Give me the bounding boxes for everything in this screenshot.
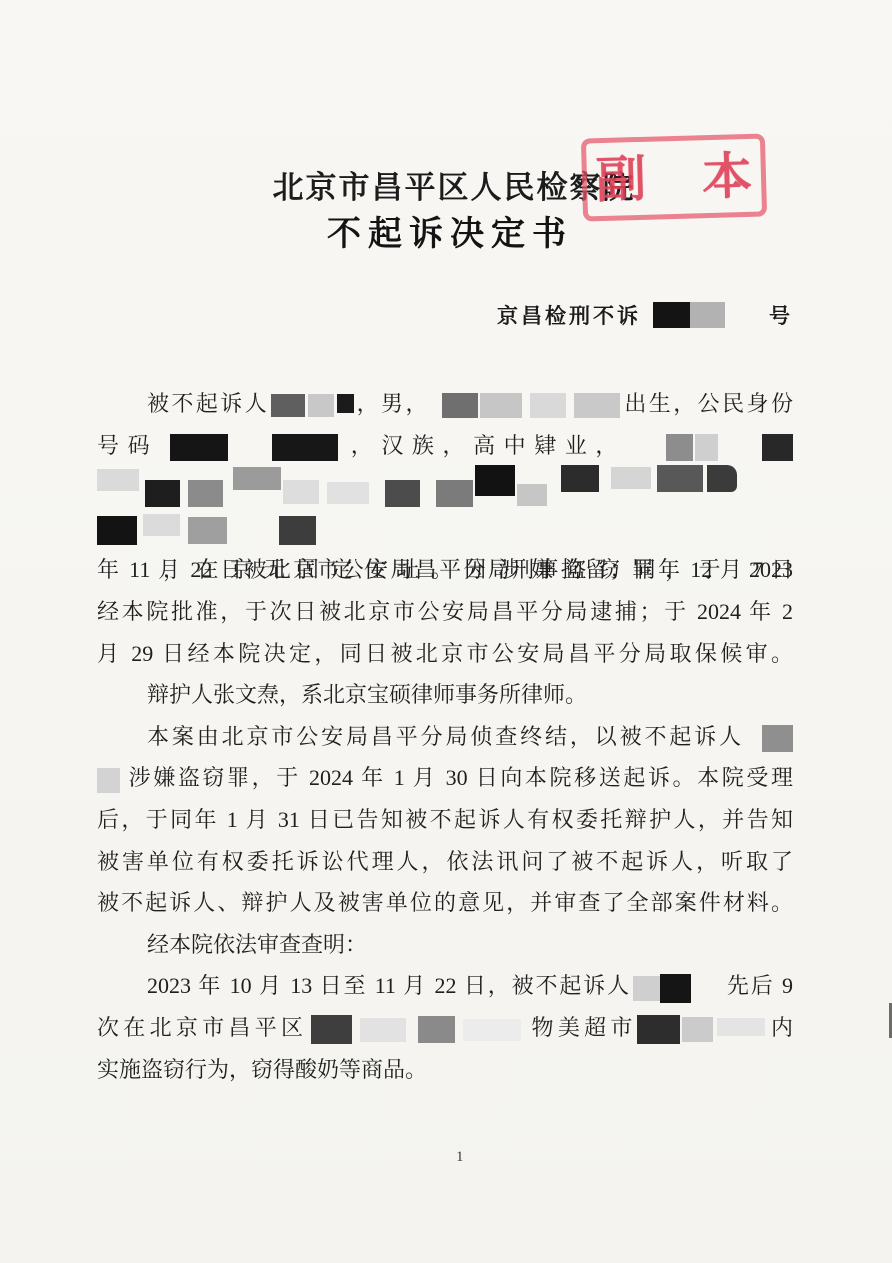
text-run: 经本院批准，于次日被北京市公安局昌平分局逮捕；于 2024 年 2 [97, 599, 793, 624]
redaction-box [637, 1015, 680, 1044]
redaction-box [517, 484, 547, 506]
text-run: ，汉族，高中肄业， [342, 433, 626, 458]
redaction-box [279, 516, 316, 545]
document-number: 京昌检刑不诉 号 [497, 300, 790, 330]
redaction-box [145, 480, 180, 507]
redaction-box [762, 725, 793, 752]
text-run: 被害单位有权委托诉讼代理人，依法讯问了被不起诉人，听取了 [97, 849, 793, 874]
body-line: 被不起诉人、辩护人及被害单位的意见，并审查了全部案件材料。 [97, 882, 793, 924]
redaction-box [233, 467, 281, 490]
redaction-box [283, 480, 319, 504]
redaction-box [695, 434, 718, 461]
body-line: 次在北京市昌平区物美超市内 [97, 1007, 793, 1049]
body-line: 月 29 日经本院决定，同日被北京市公安局昌平分局取保候审。 [97, 633, 793, 675]
redaction-box [311, 1015, 352, 1044]
body-line: 被害单位有权委托诉讼代理人，依法讯问了被不起诉人，听取了 [97, 841, 793, 883]
text-run: 辩护人张文焘，系北京宝硕律师事务所律师。 [147, 682, 587, 707]
redaction-box [682, 1017, 713, 1042]
redaction-box [442, 393, 478, 418]
document-number-suffix: 号 [769, 300, 790, 330]
redaction-box [666, 434, 693, 461]
redaction-box [308, 394, 334, 417]
redaction-box [97, 516, 137, 545]
redaction-box [717, 1018, 765, 1036]
stamp-char-fu: 副 [595, 153, 646, 204]
text-run: ，男， [354, 391, 430, 416]
body-line: 经本院批准，于次日被北京市公安局昌平分局逮捕；于 2024 年 2 [97, 591, 793, 633]
redaction-box [653, 302, 690, 328]
redaction-box [762, 434, 793, 461]
redaction-box [143, 514, 180, 536]
text-run: 出生，公民身份 [622, 391, 793, 416]
redaction-box [690, 302, 725, 328]
text-run: 月 29 日经本院决定，同日被北京市公安局昌平分局取保候审。 [97, 641, 793, 666]
page-number: 1 [456, 1149, 464, 1166]
body-line: 涉嫌盗窃罪，于 2024 年 1 月 30 日向本院移送起诉。本院受理 [97, 757, 793, 799]
redaction-box [337, 394, 354, 413]
redaction-box [611, 467, 651, 489]
redaction-box [660, 974, 691, 1003]
text-run: 物美超市 [527, 1015, 636, 1040]
redaction-box [418, 1016, 455, 1043]
body-line: 经本院依法审查查明： [97, 924, 793, 966]
redaction-box [707, 465, 737, 492]
text-run: 先后 9 [725, 973, 793, 998]
redaction-box [188, 517, 227, 544]
redaction-box [436, 480, 473, 507]
body-line: 本案由北京市公安局昌平分局侦查终结，以被不起诉人 [97, 716, 793, 758]
body-line: 实施盗窃行为，窃得酸奶等商品。 [97, 1049, 793, 1091]
redaction-box [574, 393, 620, 418]
text-run: 被不起诉人 [147, 391, 269, 416]
text-run: 实施盗窃行为，窃得酸奶等商品。 [97, 1057, 427, 1082]
redaction-box [633, 976, 660, 1001]
body-line [97, 466, 793, 508]
redaction-box [530, 393, 566, 418]
document-page: 北京市昌平区人民检察院 不起诉决定书 副 本 京昌检刑不诉 号 被不起诉人，男，… [0, 0, 892, 1263]
text-run: 本案由北京市公安局昌平分局侦查终结，以被不起诉人 [147, 724, 744, 749]
text-run: 被不起诉人、辩护人及被害单位的意见，并审查了全部案件材料。 [97, 890, 793, 915]
redaction-box [475, 465, 515, 496]
body-text: 被不起诉人，男，出生，公民身份号码，汉族，高中肄业，，在京无固定住址。因涉嫌盗窃… [97, 383, 793, 1090]
body-line: 号码，汉族，高中肄业， [97, 425, 793, 467]
body-line: ，在京无固定住址。因涉嫌盗窃罪，于 2023 [97, 508, 793, 550]
redaction-box [327, 482, 369, 504]
text-run: 2023 年 10 月 13 日至 11 月 22 日，被不起诉人 [147, 973, 631, 998]
text-run: 后，于同年 1 月 31 日已告知被不起诉人有权委托辩护人，并告知 [97, 807, 793, 832]
text-run: 号码 [97, 433, 158, 458]
text-run: 涉嫌盗窃罪，于 2024 年 1 月 30 日向本院移送起诉。本院受理 [126, 765, 793, 790]
redaction-box [480, 393, 522, 418]
body-line: 后，于同年 1 月 31 日已告知被不起诉人有权委托辩护人，并告知 [97, 799, 793, 841]
body-line: 被不起诉人，男，出生，公民身份 [97, 383, 793, 425]
text-run: 年 11 月 22 日被北京市公安局昌平分局刑事拘留；同年 12 月 7 日 [97, 557, 793, 582]
redaction-box [272, 434, 338, 461]
body-line: 年 11 月 22 日被北京市公安局昌平分局刑事拘留；同年 12 月 7 日 [97, 549, 793, 591]
redaction-box [170, 434, 228, 461]
document-number-prefix: 京昌检刑不诉 [497, 300, 641, 330]
body-line: 辩护人张文焘，系北京宝硕律师事务所律师。 [97, 674, 793, 716]
redaction-box [97, 768, 120, 793]
redaction-box [360, 1018, 406, 1042]
text-run: 次在北京市昌平区 [97, 1015, 307, 1040]
redaction-box [271, 394, 305, 417]
stamp-char-ben: 本 [701, 150, 752, 201]
text-run: 经本院依法审查查明： [147, 932, 367, 957]
redaction-box [561, 465, 599, 492]
body-line: 2023 年 10 月 13 日至 11 月 22 日，被不起诉人先后 9 [97, 965, 793, 1007]
redaction-box [463, 1019, 521, 1041]
text-run: 内 [767, 1015, 793, 1040]
redaction-box [97, 469, 139, 491]
redaction-box [385, 480, 420, 507]
copy-stamp: 副 本 [581, 133, 767, 221]
redaction-box [188, 480, 223, 507]
redaction-box [657, 465, 703, 492]
